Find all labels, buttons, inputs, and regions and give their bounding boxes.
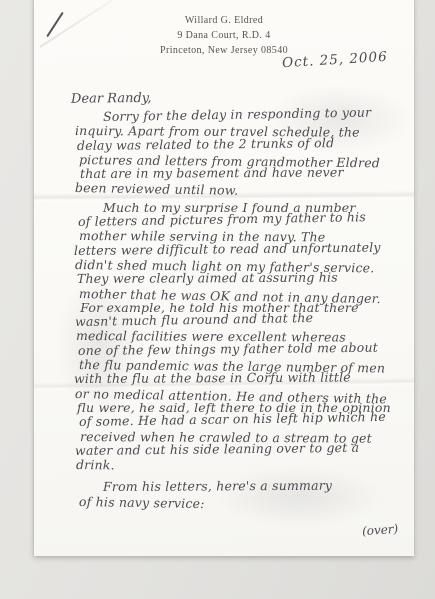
handwritten-line: been reviewed until now. [74,181,402,201]
letter-paragraphs: Sorry for the delay in responding to you… [71,110,402,509]
letter-body: Dear Randy, Sorry for the delay in respo… [71,90,402,509]
paragraph: Sorry for the delay in responding to you… [71,110,402,196]
handwritten-line: letters were difficult to read and unfor… [74,240,402,258]
letter-paper: Willard G. Eldred 9 Dana Court, R.D. 4 P… [34,0,414,556]
handwritten-line: drink. [76,458,402,476]
letterhead-name: Willard G. Eldred [34,13,414,28]
paragraph: From his letters, here's a summaryof his… [71,480,402,509]
handwritten-line: of some. He had a scar on his left hip w… [78,410,402,430]
over-note: (over) [362,522,399,538]
handwritten-line: water and cut his side leaning over to g… [75,440,403,458]
handwritten-line: From his letters, here's a summary [103,479,402,495]
handwritten-line: They were clearly aimed at assuring his [77,270,402,286]
handwritten-line: with the flu at the base in Corfu with l… [74,371,402,387]
handwritten-line: delay was related to the 2 trunks of old [77,135,402,153]
handwritten-line: of letters and pictures from my father t… [78,210,402,230]
handwritten-line: Sorry for the delay in responding to you… [103,105,402,124]
handwritten-line: of his navy service: [79,495,402,515]
handwritten-line: that are in my basement and have never [80,165,402,181]
paragraph: Much to my surprise I found a numberof l… [71,201,402,473]
letterhead-address-line1: 9 Dana Court, R.D. 4 [34,28,414,43]
handwritten-line: wasn't much flu around and that the [74,310,402,330]
scanned-letter: Willard G. Eldred 9 Dana Court, R.D. 4 P… [0,0,435,599]
handwritten-line: one of the few things my father told me … [78,340,402,358]
